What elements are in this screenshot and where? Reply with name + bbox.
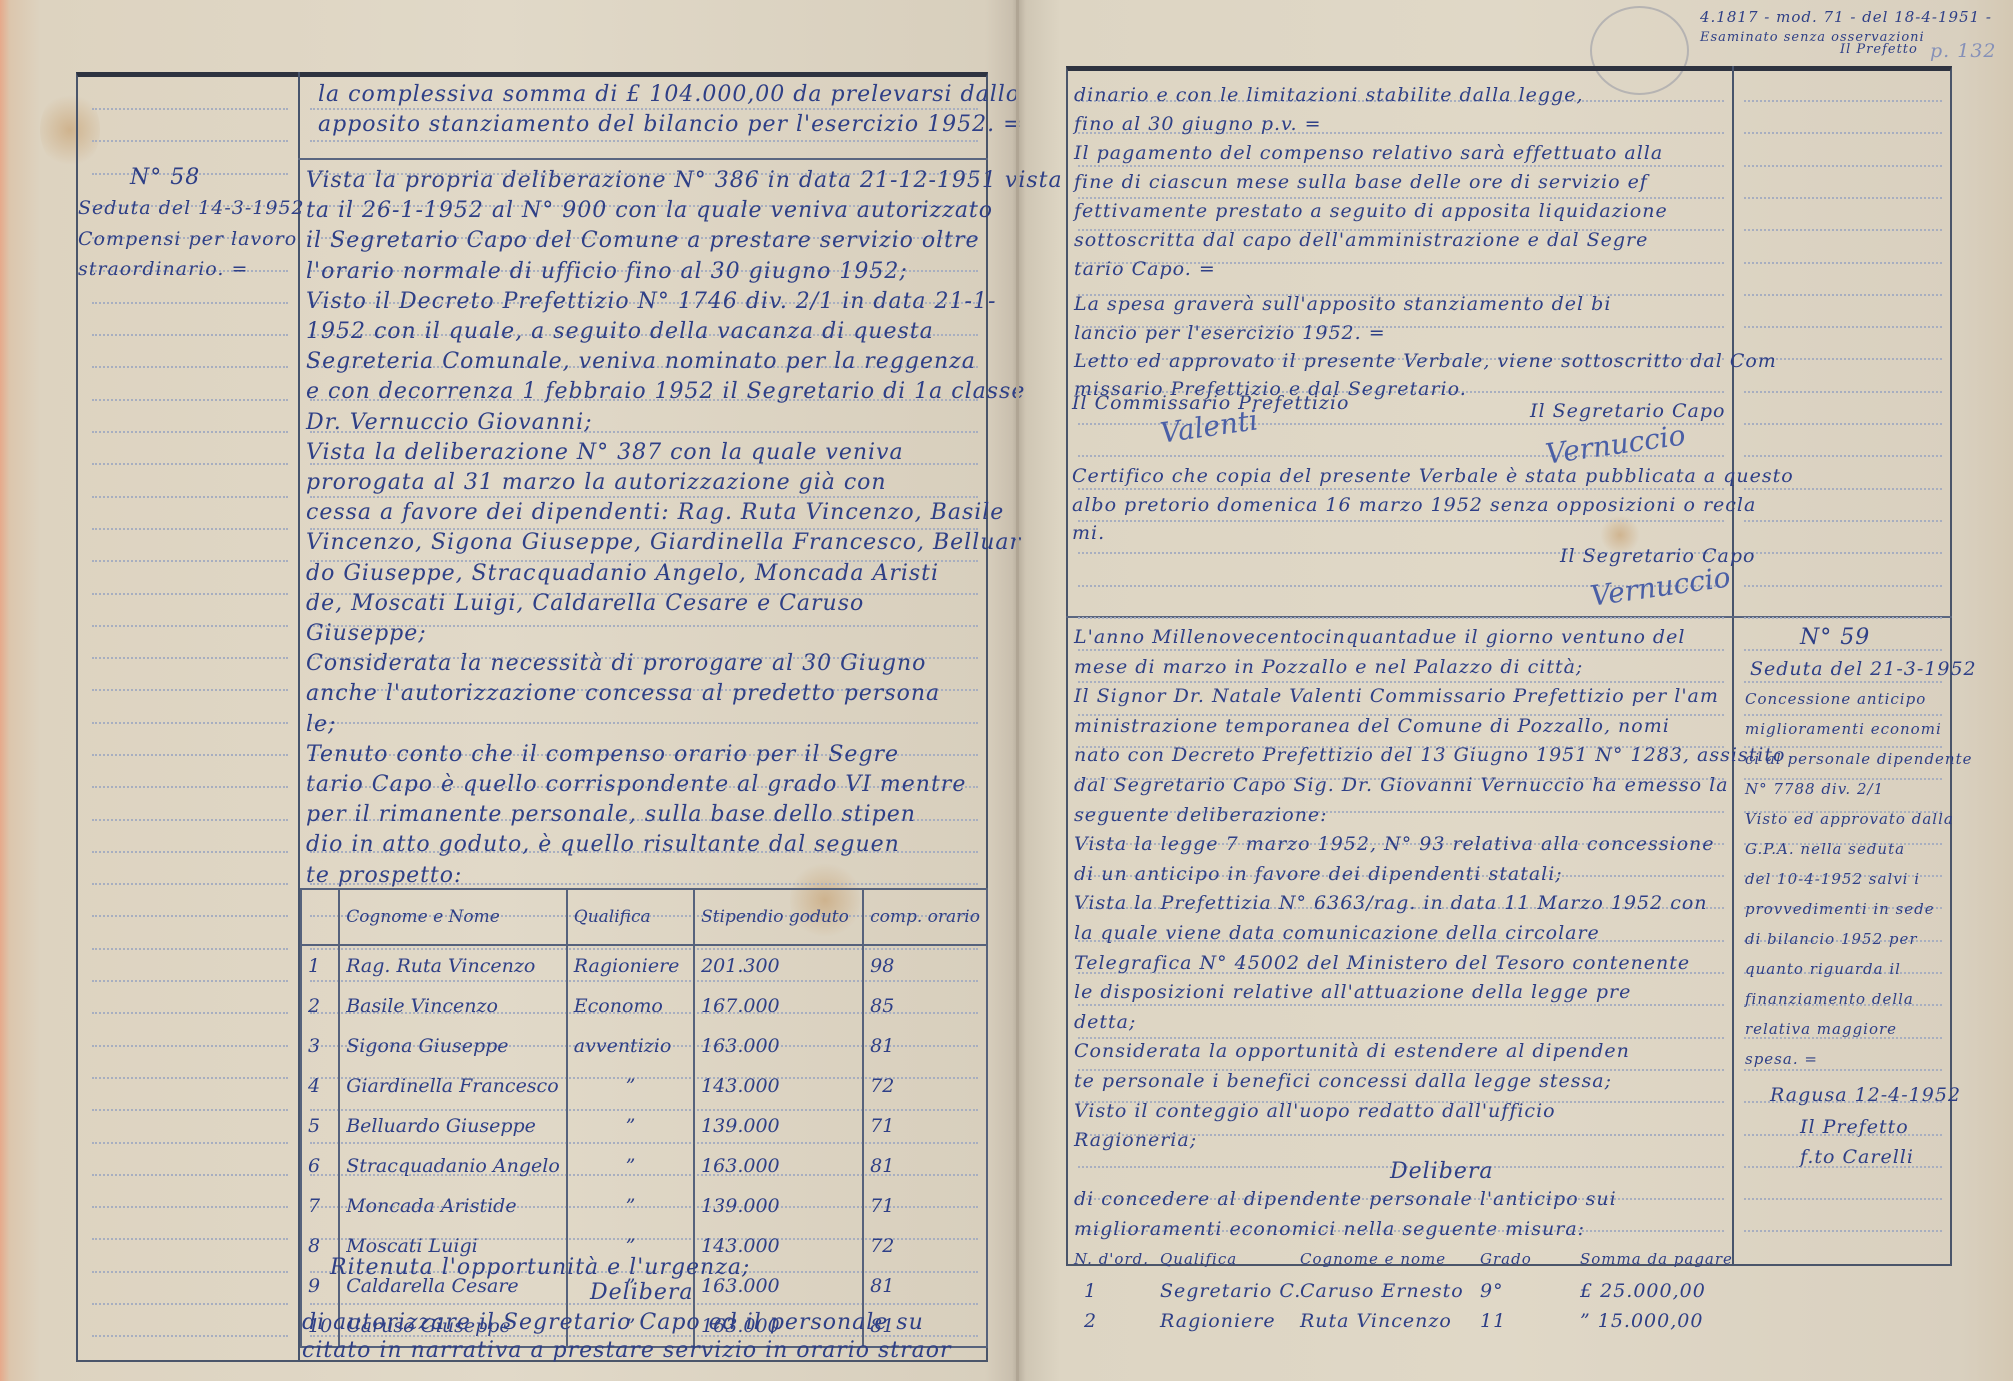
body-line: Vista la propria deliberazione N° 386 in…: [306, 168, 1063, 193]
table-cell: 11: [1480, 1310, 1506, 1332]
ruling-line: [92, 722, 288, 724]
ruling-line: [1078, 617, 1724, 619]
segretario-label: Il Segretario Capo: [1530, 400, 1725, 422]
margin-approval-line: spesa. =: [1745, 1050, 1818, 1068]
header-annotation-line1: 4.1817 - mod. 71 - del 18-4-1951 -: [1700, 8, 1992, 26]
ruling-line: [1744, 520, 1942, 522]
left-continuation-line: la complessiva somma di £ 104.000,00 da …: [318, 82, 1020, 107]
ruling-line: [92, 302, 288, 304]
table-cell: Ragioniere: [567, 945, 694, 986]
body-line: Vista la deliberazione N° 387 con la qua…: [306, 440, 904, 465]
ruling-line: [1744, 617, 1942, 619]
ruling-line: [92, 754, 288, 756]
body-line: Visto il conteggio all'uopo redatto dall…: [1074, 1100, 1556, 1122]
table-row: 1Rag. Ruta VincenzoRagioniere201.30098: [301, 945, 987, 986]
margin-approval-line: quanto riguarda il: [1745, 960, 1901, 978]
ruling-line: [1744, 262, 1942, 264]
ruling-line: [310, 496, 978, 498]
ruling-line: [1744, 197, 1942, 199]
table-cell: 81: [863, 1266, 987, 1306]
table-cell: 4: [301, 1066, 339, 1106]
table-cell: 85: [863, 986, 987, 1026]
table-cell: 5: [301, 1106, 339, 1146]
body-line: te personale i benefici concessi dalla l…: [1074, 1070, 1612, 1092]
table-cell: Rag. Ruta Vincenzo: [339, 945, 567, 986]
margin-approval-line: relativa maggiore: [1745, 1020, 1897, 1038]
header-annotation-signature: Il Prefetto: [1840, 42, 1918, 57]
column-header: [301, 889, 339, 945]
left-entry-separator: [298, 158, 988, 160]
delibera-heading-right: Delibera: [1390, 1159, 1493, 1184]
ruling-line: [92, 948, 288, 950]
column-header: N. d'ord.: [1074, 1250, 1149, 1268]
table-cell: Ruta Vincenzo: [1300, 1310, 1452, 1332]
body-line: Considerata la opportunità di estendere …: [1074, 1040, 1630, 1062]
ruling-line: [1744, 585, 1942, 587]
ruling-line: [92, 334, 288, 336]
table-cell: ” 15.000,00: [1580, 1310, 1703, 1332]
table-cell: ”: [567, 1186, 694, 1226]
margin-approval-line: provvedimenti in sede: [1745, 900, 1935, 918]
column-header: Grado: [1480, 1250, 1532, 1268]
ruling-line: [92, 140, 288, 142]
body-line: Vista la legge 7 marzo 1952, N° 93 relat…: [1074, 833, 1715, 855]
continuation-line: La spesa graverà sull'apposito stanziame…: [1074, 293, 1611, 315]
register-spread: 4.1817 - mod. 71 - del 18-4-1951 - Esami…: [0, 0, 2013, 1381]
table-cell: 139.000: [694, 1186, 863, 1226]
ruling-line: [92, 528, 288, 530]
ruling-line: [92, 496, 288, 498]
body-line: dio in atto goduto, è quello risultante …: [306, 832, 900, 857]
certification-line: Certifico che copia del presente Verbale…: [1072, 465, 1794, 487]
subject-line: Compensi per lavoro: [78, 228, 297, 250]
deliberation-number-59: N° 59: [1800, 625, 1870, 650]
ruling-line: [92, 1206, 288, 1208]
ruling-line: [1744, 165, 1942, 167]
ruling-line: [1078, 649, 1724, 651]
continuation-line: dinario e con le limitazioni stabilite d…: [1074, 84, 1584, 106]
table-row: 7Moncada Aristide”139.00071: [301, 1186, 987, 1226]
body-line: Dr. Vernuccio Giovanni;: [306, 410, 593, 435]
ruling-line: [1078, 1004, 1724, 1006]
ruling-line: [1078, 1037, 1724, 1039]
ruling-line: [310, 722, 978, 724]
ruling-line: [92, 108, 288, 110]
body-line: mese di marzo in Pozzallo e nel Palazzo …: [1074, 656, 1583, 678]
body-line: ministrazione temporanea del Comune di P…: [1074, 715, 1670, 737]
table-row: 5Belluardo Giuseppe”139.00071: [301, 1106, 987, 1146]
body-line: 1952 con il quale, a seguito della vacan…: [306, 319, 934, 344]
table-cell: Sigona Giuseppe: [339, 1026, 567, 1066]
ruling-line: [1744, 681, 1942, 683]
body-line: Il Signor Dr. Natale Valenti Commissario…: [1074, 685, 1719, 707]
continuation-line: fine di ciascun mese sulla base delle or…: [1074, 171, 1648, 193]
body-line: tario Capo è quello corrispondente al gr…: [306, 772, 966, 797]
column-header: Qualifica: [1160, 1250, 1237, 1268]
table-cell: 2: [301, 986, 339, 1026]
table-cell: ”: [567, 1146, 694, 1186]
table-cell: 167.000: [694, 986, 863, 1026]
table-cell: 6: [301, 1146, 339, 1186]
ruling-line: [1078, 520, 1724, 522]
ruling-line: [92, 915, 288, 917]
body-line: Vincenzo, Sigona Giuseppe, Giardinella F…: [306, 530, 1021, 555]
margin-approval-line: G.P.A. nella seduta: [1745, 840, 1905, 858]
subject-line: straordinario. =: [78, 258, 248, 280]
body-line: di un anticipo in favore dei dipendenti …: [1074, 863, 1563, 885]
body-line: per il rimanente personale, sulla base d…: [306, 802, 916, 827]
body-line: di concedere al dipendente personale l'a…: [1074, 1188, 1617, 1210]
margin-place-date: Ragusa 12-4-1952: [1770, 1084, 1961, 1106]
certification-line: albo pretorio domenica 16 marzo 1952 sen…: [1072, 494, 1756, 516]
ruling-line: [92, 1238, 288, 1240]
body-line: l'orario normale di ufficio fino al 30 g…: [306, 259, 908, 284]
column-header: comp. orario: [863, 889, 987, 945]
table-cell: 81: [863, 1146, 987, 1186]
ruling-line: [92, 431, 288, 433]
certification-line: mi.: [1072, 522, 1105, 544]
ruling-line: [92, 786, 288, 788]
ruling-line: [92, 1012, 288, 1014]
table-row: 2Basile VincenzoEconomo167.00085: [301, 986, 987, 1026]
body-line: Giuseppe;: [306, 621, 427, 646]
body-line: ta il 26-1-1952 al N° 900 con la quale v…: [306, 198, 993, 223]
body-line: seguente deliberazione:: [1074, 804, 1328, 826]
margin-approval-line: Visto ed approvato dalla: [1745, 810, 1954, 828]
table-cell: 81: [863, 1026, 987, 1066]
body-line: te prospetto:: [306, 863, 462, 888]
continuation-line: fettivamente prestato a seguito di appos…: [1074, 200, 1668, 222]
ruling-line: [92, 1335, 288, 1337]
ruling-line: [92, 819, 288, 821]
ruling-line: [92, 560, 288, 562]
table-cell: Stracquadanio Angelo: [339, 1146, 567, 1186]
session-date-59: Seduta del 21-3-1952: [1750, 658, 1977, 680]
left-after-table-line: citato in narrativa a prestare servizio …: [302, 1338, 952, 1363]
ruling-line: [310, 108, 978, 110]
table-row: 6Stracquadanio Angelo”163.00081: [301, 1146, 987, 1186]
margin-approval-line: di bilancio 1952 per: [1745, 930, 1918, 948]
book-gutter: [1016, 0, 1019, 1381]
table-cell: 163.000: [694, 1146, 863, 1186]
body-line: nato con Decreto Prefettizio del 13 Giug…: [1074, 744, 1785, 766]
deliberation-number-58: N° 58: [130, 165, 200, 190]
continuation-line: sottoscritta dal capo dell'amministrazio…: [1074, 229, 1648, 251]
table-row: 3Sigona Giuseppeavventizio163.00081: [301, 1026, 987, 1066]
ruling-line: [92, 980, 288, 982]
column-header: Somma da pagare: [1580, 1250, 1733, 1268]
ruling-line: [1744, 1198, 1942, 1200]
table-cell: Economo: [567, 986, 694, 1026]
table-cell: Segretario C.: [1160, 1280, 1301, 1302]
ruling-line: [1078, 488, 1724, 490]
table-cell: 1: [301, 945, 339, 986]
table-cell: £ 25.000,00: [1580, 1280, 1706, 1302]
ruling-line: [92, 463, 288, 465]
body-line: miglioramenti economici nella seguente m…: [1074, 1218, 1585, 1240]
margin-approval-line: N° 7788 div. 2/1: [1745, 780, 1884, 798]
body-line: do Giuseppe, Stracquadanio Angelo, Monca…: [306, 561, 939, 586]
table-cell: 71: [863, 1186, 987, 1226]
table-cell: Ragioniere: [1160, 1310, 1276, 1332]
table-cell: ”: [567, 1106, 694, 1146]
ruling-line: [92, 657, 288, 659]
ruling-line: [92, 1077, 288, 1079]
ruling-line: [92, 1271, 288, 1273]
column-header: Qualifica: [567, 889, 694, 945]
prefetto-label: Il Prefetto: [1800, 1116, 1909, 1138]
continuation-line: Il pagamento del compenso relativo sarà …: [1074, 142, 1663, 164]
body-line: la quale viene data comunicazione della …: [1074, 922, 1600, 944]
ruling-line: [92, 593, 288, 595]
table-cell: 72: [863, 1226, 987, 1266]
ruling-line: [1744, 100, 1942, 102]
table-cell: 9°: [1480, 1280, 1504, 1302]
ruling-line: [1078, 165, 1724, 167]
body-line: Telegrafica N° 45002 del Ministero del T…: [1074, 952, 1690, 974]
ruling-line: [1744, 1230, 1942, 1232]
ruling-line: [92, 851, 288, 853]
ruling-line: [92, 689, 288, 691]
margin-subject-line: miglioramenti economi: [1745, 720, 1942, 738]
ruling-line: [92, 1045, 288, 1047]
ruling-line: [1078, 197, 1724, 199]
table-cell: Belluardo Giuseppe: [339, 1106, 567, 1146]
table-cell: 2: [1084, 1310, 1097, 1332]
table-cell: 143.000: [694, 1066, 863, 1106]
ruling-line: [1078, 681, 1724, 683]
delibera-heading-left: Delibera: [590, 1280, 693, 1305]
ruling-line: [1744, 423, 1942, 425]
table-cell: 7: [301, 1186, 339, 1226]
continuation-line: fino al 30 giugno p.v. =: [1074, 113, 1322, 135]
body-line: prorogata al 31 marzo la autorizzazione …: [306, 470, 887, 495]
body-line: il Segretario Capo del Comune a prestare…: [306, 228, 980, 253]
ruling-line: [92, 1142, 288, 1144]
table-cell: 72: [863, 1066, 987, 1106]
left-continuation-line: apposito stanziamento del bilancio per l…: [318, 112, 1023, 137]
ruling-line: [1744, 488, 1942, 490]
table-cell: 201.300: [694, 945, 863, 986]
body-line: Considerata la necessità di prorogare al…: [306, 651, 926, 676]
ruling-line: [92, 625, 288, 627]
ruling-line: [1744, 455, 1942, 457]
table-row: 4Giardinella Francesco”143.00072: [301, 1066, 987, 1106]
body-line: L'anno Millenovecentocinquantadue il gio…: [1074, 626, 1685, 648]
body-line: detta;: [1074, 1011, 1136, 1033]
margin-approval-line: del 10-4-1952 salvi i: [1745, 870, 1920, 888]
ruling-line: [92, 399, 288, 401]
body-line: Vista la Prefettizia N° 6363/rag. in dat…: [1074, 892, 1708, 914]
ruling-line: [92, 366, 288, 368]
prefetto-name: f.to Carelli: [1800, 1146, 1914, 1168]
body-line: le;: [306, 712, 336, 737]
ruling-line: [1744, 294, 1942, 296]
table-cell: 1: [1084, 1280, 1097, 1302]
table-cell: 71: [863, 1106, 987, 1146]
left-after-table-line: di autorizzare il Segretario Capo ed il …: [302, 1310, 924, 1335]
table-cell: Giardinella Francesco: [339, 1066, 567, 1106]
table-cell: Basile Vincenzo: [339, 986, 567, 1026]
ruling-line: [92, 1109, 288, 1111]
left-after-table-line: Ritenuta l'opportunità e l'urgenza;: [330, 1255, 750, 1280]
ruling-line: [1744, 714, 1942, 716]
body-line: Visto il Decreto Prefettizio N° 1746 div…: [306, 289, 996, 314]
table-cell: Caruso Ernesto: [1300, 1280, 1464, 1302]
continuation-line: lancio per l'esercizio 1952. =: [1074, 322, 1386, 344]
ruling-line: [1744, 229, 1942, 231]
table-cell: 139.000: [694, 1106, 863, 1146]
body-line: Tenuto conto che il compenso orario per …: [306, 742, 899, 767]
ruling-line: [1744, 326, 1942, 328]
body-line: Ragioneria;: [1074, 1129, 1197, 1151]
right-margin-divider: [1732, 66, 1734, 1266]
body-line: e con decorrenza 1 febbraio 1952 il Segr…: [306, 379, 1025, 404]
body-line: anche l'autorizzazione concessa al prede…: [306, 681, 940, 706]
ruling-line: [92, 1174, 288, 1176]
ruling-line: [1744, 1069, 1942, 1071]
table-cell: ”: [567, 1066, 694, 1106]
ruling-line: [310, 140, 978, 142]
body-line: cessa a favore dei dipendenti: Rag. Ruta…: [306, 500, 1004, 525]
column-header: Cognome e nome: [1300, 1250, 1446, 1268]
table-cell: 98: [863, 945, 987, 986]
body-line: de, Moscati Luigi, Caldarella Cesare e C…: [306, 591, 864, 616]
continuation-line: Letto ed approvato il presente Verbale, …: [1074, 350, 1777, 372]
table-cell: 3: [301, 1026, 339, 1066]
body-line: Segreteria Comunale, veniva nominato per…: [306, 349, 976, 374]
ruling-line: [1744, 391, 1942, 393]
continuation-line: tario Capo. =: [1074, 258, 1216, 280]
table-cell: 163.000: [694, 1026, 863, 1066]
column-header: Cognome e Nome: [339, 889, 567, 945]
margin-subject-line: Concessione anticipo: [1745, 690, 1926, 708]
ruling-line: [92, 1303, 288, 1305]
ruling-line: [1744, 132, 1942, 134]
page-number: p. 132: [1930, 40, 1997, 62]
body-line: le disposizioni relative all'attuazione …: [1074, 981, 1631, 1003]
ruling-line: [92, 883, 288, 885]
table-cell: Moncada Aristide: [339, 1186, 567, 1226]
session-date-58: Seduta del 14-3-1952: [78, 197, 305, 219]
margin-approval-line: finanziamento della: [1745, 990, 1914, 1008]
table-cell: avventizio: [567, 1026, 694, 1066]
table-header-row: Cognome e NomeQualificaStipendio godutoc…: [301, 889, 987, 945]
ruling-line: [1744, 552, 1942, 554]
body-line: dal Segretario Capo Sig. Dr. Giovanni Ve…: [1074, 774, 1729, 796]
column-header: Stipendio goduto: [694, 889, 863, 945]
